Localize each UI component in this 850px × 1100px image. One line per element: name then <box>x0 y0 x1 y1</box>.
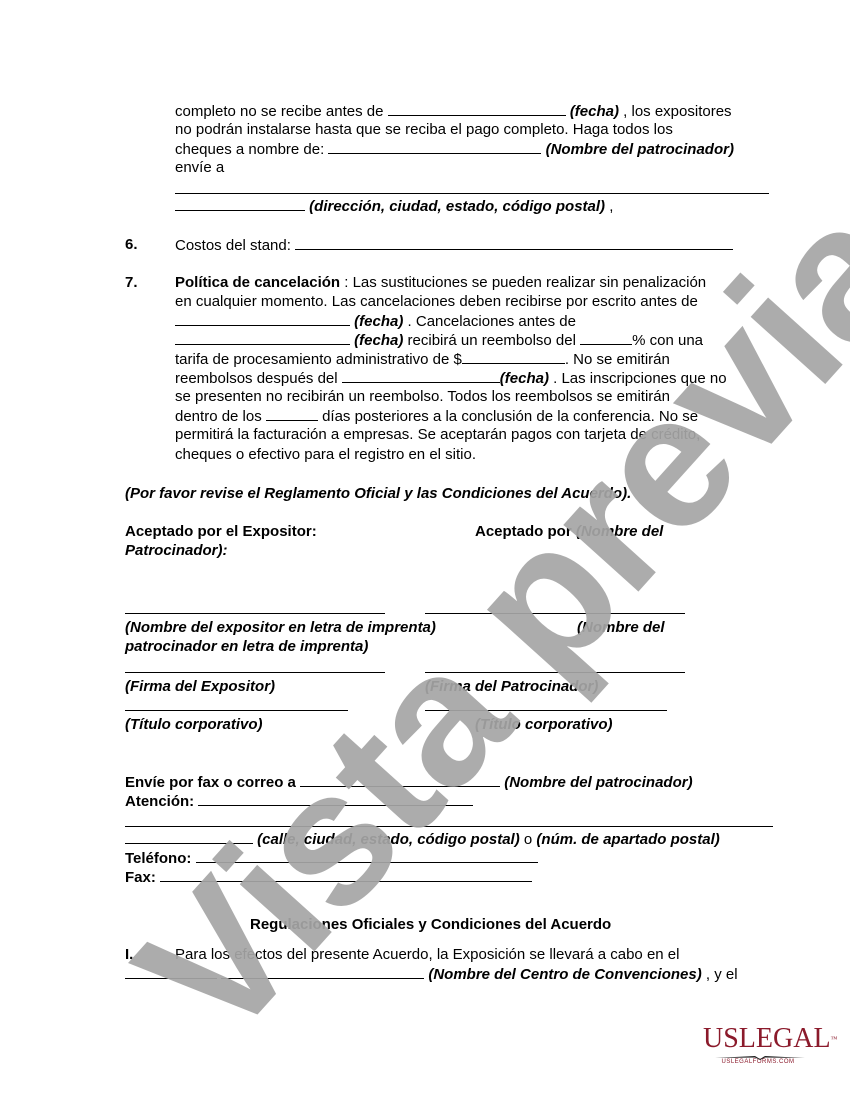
phone-blank <box>196 848 538 863</box>
sponsor-acceptance-label-cont: Patrocinador): <box>125 541 228 560</box>
exhibitor-signature-label: (Firma del Expositor) <box>125 677 275 696</box>
paragraph-line: dentro de los días posteriores a la conc… <box>175 406 698 426</box>
paragraph-line: tarifa de procesamiento administrativo d… <box>175 349 670 369</box>
sponsor-name-blank <box>328 139 541 154</box>
exhibitor-acceptance-label: Aceptado por el Expositor: <box>125 522 317 541</box>
sponsor-signature-line <box>425 672 685 673</box>
convention-center-blank <box>221 964 424 979</box>
paragraph-line: Política de cancelación : Las sustitucio… <box>175 273 706 292</box>
date-blank <box>342 368 500 383</box>
paragraph-line: cheques o efectivo para el registro en e… <box>175 445 476 464</box>
paragraph-line: cheques a nombre de: (Nombre del patroci… <box>175 139 734 159</box>
sponsor-title-label: (Título corporativo) <box>475 715 613 734</box>
address-blank <box>125 829 253 844</box>
address-blank <box>175 196 305 211</box>
paragraph-line: (fecha) recibirá un reembolso del % con … <box>175 330 703 350</box>
uslegal-logo: USLEGAL™ USLEGALFORMS.COM <box>703 1025 828 1070</box>
paragraph-line: se presenten no recibirán un reembolso. … <box>175 387 670 406</box>
exhibitor-print-name-label: (Nombre del expositor en letra de impren… <box>125 618 436 637</box>
exhibitor-title-label: (Título corporativo) <box>125 715 263 734</box>
sponsor-print-name-label-cont: patrocinador en letra de imprenta) <box>125 637 368 656</box>
address-blank <box>175 193 769 194</box>
paragraph-line: reembolsos después del (fecha) . Las ins… <box>175 368 727 388</box>
sponsor-print-name-label: (Nombre del <box>577 618 665 637</box>
date-blank <box>388 101 566 116</box>
fee-blank <box>462 349 565 364</box>
fax-line: Fax: <box>125 867 532 887</box>
item-number: 7. <box>125 273 138 292</box>
address-line: (calle, ciudad, estado, código postal) o… <box>125 829 720 849</box>
document-page: completo no se recibe antes de (fecha) ,… <box>0 0 850 1100</box>
review-note: (Por favor revise el Reglamento Oficial … <box>125 484 631 503</box>
stand-costs-line: Costos del stand: <box>175 235 733 255</box>
sponsor-acceptance-label: Aceptado por (Nombre del <box>475 522 663 541</box>
attention-line: Atención: <box>125 791 473 811</box>
regulations-heading: Regulaciones Oficiales y Condiciones del… <box>250 915 611 934</box>
address-blank <box>125 826 773 827</box>
sponsor-title-line <box>425 710 667 711</box>
attention-blank <box>198 791 473 806</box>
blank <box>125 964 217 979</box>
exhibitor-signature-line <box>125 672 385 673</box>
paragraph-line: no podrán instalarse hasta que se reciba… <box>175 120 673 139</box>
phone-line: Teléfono: <box>125 848 538 868</box>
stand-costs-blank <box>295 235 733 250</box>
paragraph-line: completo no se recibe antes de (fecha) ,… <box>175 101 732 121</box>
eagle-wing-icon <box>715 1055 805 1060</box>
cancellation-policy-title: Política de cancelación <box>175 274 340 291</box>
date-blank <box>175 330 350 345</box>
paragraph-line: (fecha) . Cancelaciones antes de <box>175 311 576 331</box>
paragraph-line: (dirección, ciudad, estado, código posta… <box>175 196 613 216</box>
percent-blank <box>580 330 632 345</box>
fax-blank <box>160 867 532 882</box>
logo-brand: USLEGAL™ <box>703 1025 828 1053</box>
exhibitor-title-line <box>125 710 348 711</box>
paragraph-line: envíe a <box>175 158 224 177</box>
days-blank <box>266 406 318 421</box>
date-blank <box>175 311 350 326</box>
item-number: 6. <box>125 235 138 254</box>
item-number: I. <box>125 945 133 964</box>
paragraph-line: permitirá la facturación a empresas. Se … <box>175 425 700 444</box>
paragraph-line: en cualquier momento. Las cancelaciones … <box>175 292 698 311</box>
sponsor-signature-label: (Firma del Patrocinador) <box>425 677 598 696</box>
send-to-line: Envíe por fax o correo a (Nombre del pat… <box>125 772 693 792</box>
paragraph-line: Para los efectos del presente Acuerdo, l… <box>175 945 679 964</box>
exhibitor-name-signature-line <box>125 613 385 614</box>
paragraph-line: (Nombre del Centro de Convenciones) , y … <box>125 964 738 984</box>
sponsor-name-blank <box>300 772 500 787</box>
sponsor-name-signature-line <box>425 613 685 614</box>
